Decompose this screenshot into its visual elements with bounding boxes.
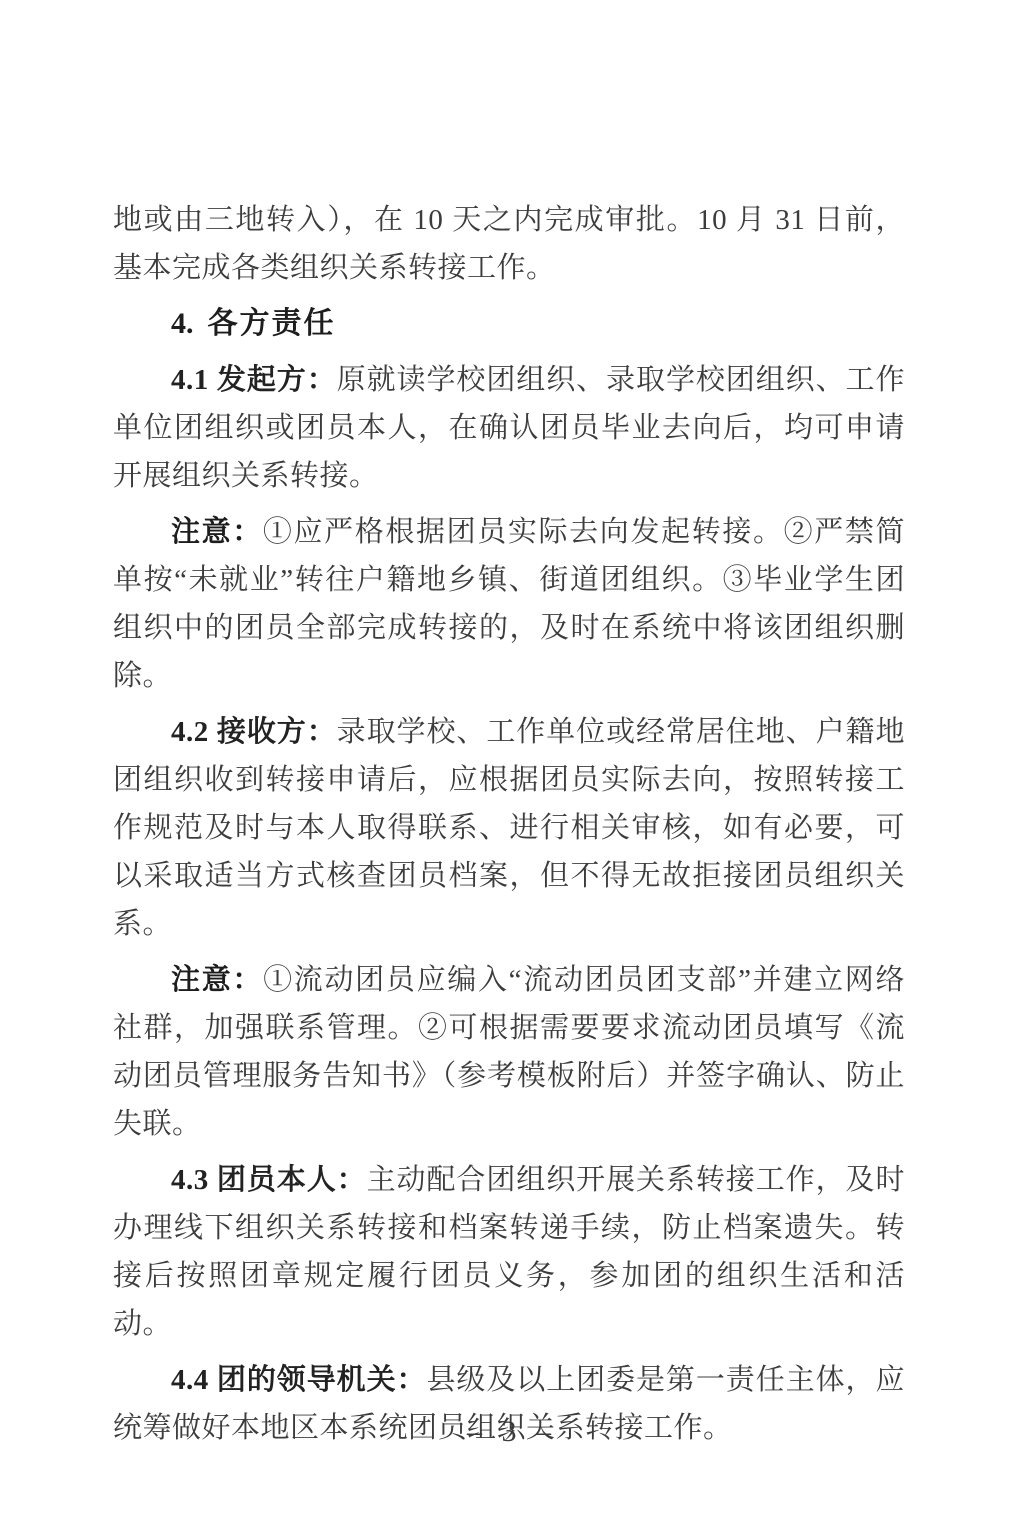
paragraph-label: 4.1 发起方： [171, 364, 337, 396]
page-body: 地或由三地转入），在 10 天之内完成审批。10 月 31 日前，基本完成各类组… [113, 196, 905, 1452]
paragraph-4-3: 4.3 团员本人：主动配合团组织开展关系转接工作，及时办理线下组织关系转接和档案… [113, 1156, 905, 1348]
paragraph-label: 4.3 团员本人： [171, 1164, 367, 1196]
note-label: 注意： [171, 964, 263, 996]
paragraph-text: 录取学校、工作单位或经常居住地、户籍地团组织收到转接申请后，应根据团员实际去向，… [113, 716, 905, 940]
section-heading: 4.各方责任 [113, 300, 905, 348]
paragraph-4-1: 4.1 发起方：原就读学校团组织、录取学校团组织、工作单位团组织或团员本人，在确… [113, 356, 905, 500]
paragraph-text: 地或由三地转入），在 10 天之内完成审批。10 月 31 日前，基本完成各类组… [113, 204, 905, 284]
document-page: 地或由三地转入），在 10 天之内完成审批。10 月 31 日前，基本完成各类组… [0, 0, 1018, 1528]
paragraph-4-2: 4.2 接收方：录取学校、工作单位或经常居住地、户籍地团组织收到转接申请后，应根… [113, 708, 905, 948]
heading-title: 各方责任 [208, 307, 336, 340]
heading-number: 4. [171, 307, 194, 340]
note-label: 注意： [171, 516, 263, 548]
paragraph-label: 4.4 团的领导机关： [171, 1364, 426, 1396]
note-paragraph-2: 注意：①流动团员应编入“流动团员团支部”并建立网络社群，加强联系管理。②可根据需… [113, 956, 905, 1148]
paragraph-continuation: 地或由三地转入），在 10 天之内完成审批。10 月 31 日前，基本完成各类组… [113, 196, 905, 292]
note-paragraph-1: 注意：①应严格根据团员实际去向发起转接。②严禁简单按“未就业”转往户籍地乡镇、街… [113, 508, 905, 700]
page-number: – 3 – [467, 1415, 551, 1448]
page-footer: – 3 – [0, 1414, 1018, 1450]
paragraph-label: 4.2 接收方： [171, 716, 337, 748]
